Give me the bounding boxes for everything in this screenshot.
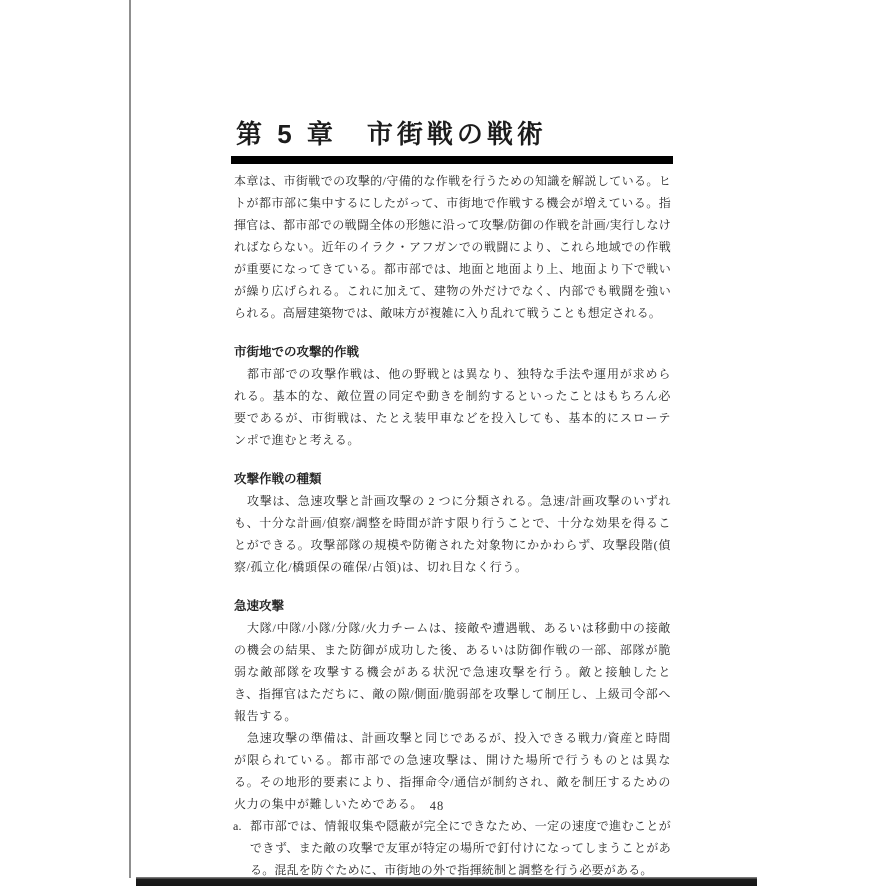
- section-paragraph: 都市部での攻撃作戦は、他の野戦とは異なり、独特な手法や運用が求められる。基本的な…: [234, 363, 671, 451]
- document-page: 第 5 章 市街戦の戦術 本章は、市街戦での攻撃的/守備的な作戦を行うための知識…: [0, 0, 886, 886]
- page-edge-line: [129, 0, 131, 878]
- chapter-title: 第 5 章 市街戦の戦術: [236, 118, 671, 150]
- title-rule: [231, 156, 673, 164]
- section-hasty-attack: 急速攻撃 大隊/中隊/小隊/分隊/火力チームは、接敵や遭遇戦、あるいは移動中の接…: [234, 595, 671, 881]
- section-heading: 市街地での攻撃的作戦: [234, 341, 671, 363]
- section-paragraph: 攻撃は、急速攻撃と計画攻撃の 2 つに分類される。急速/計画攻撃のいずれも、十分…: [234, 490, 671, 578]
- section-urban-offensive: 市街地での攻撃的作戦 都市部での攻撃作戦は、他の野戦とは異なり、独特な手法や運用…: [234, 341, 671, 451]
- page-number: 48: [234, 799, 640, 814]
- section-attack-types: 攻撃作戦の種類 攻撃は、急速攻撃と計画攻撃の 2 つに分類される。急速/計画攻撃…: [234, 468, 671, 578]
- section-paragraph: 大隊/中隊/小隊/分隊/火力チームは、接敵や遭遇戦、あるいは移動中の接敵の機会の…: [234, 617, 671, 727]
- list-item-a: a. 都市部では、情報収集や隠蔽が完全にできなため、一定の速度で進むことができず…: [234, 815, 671, 881]
- page-content: 第 5 章 市街戦の戦術 本章は、市街戦での攻撃的/守備的な作戦を行うための知識…: [234, 112, 671, 881]
- list-item-text: 都市部では、情報収集や隠蔽が完全にできなため、一定の速度で進むことができず、また…: [250, 819, 671, 877]
- section-heading: 急速攻撃: [234, 595, 671, 617]
- intro-paragraph: 本章は、市街戦での攻撃的/守備的な作戦を行うための知識を解説している。ヒトが都市…: [234, 170, 671, 324]
- list-item-marker: a.: [233, 815, 242, 837]
- next-page-edge-bar: [136, 877, 757, 886]
- section-heading: 攻撃作戦の種類: [234, 468, 671, 490]
